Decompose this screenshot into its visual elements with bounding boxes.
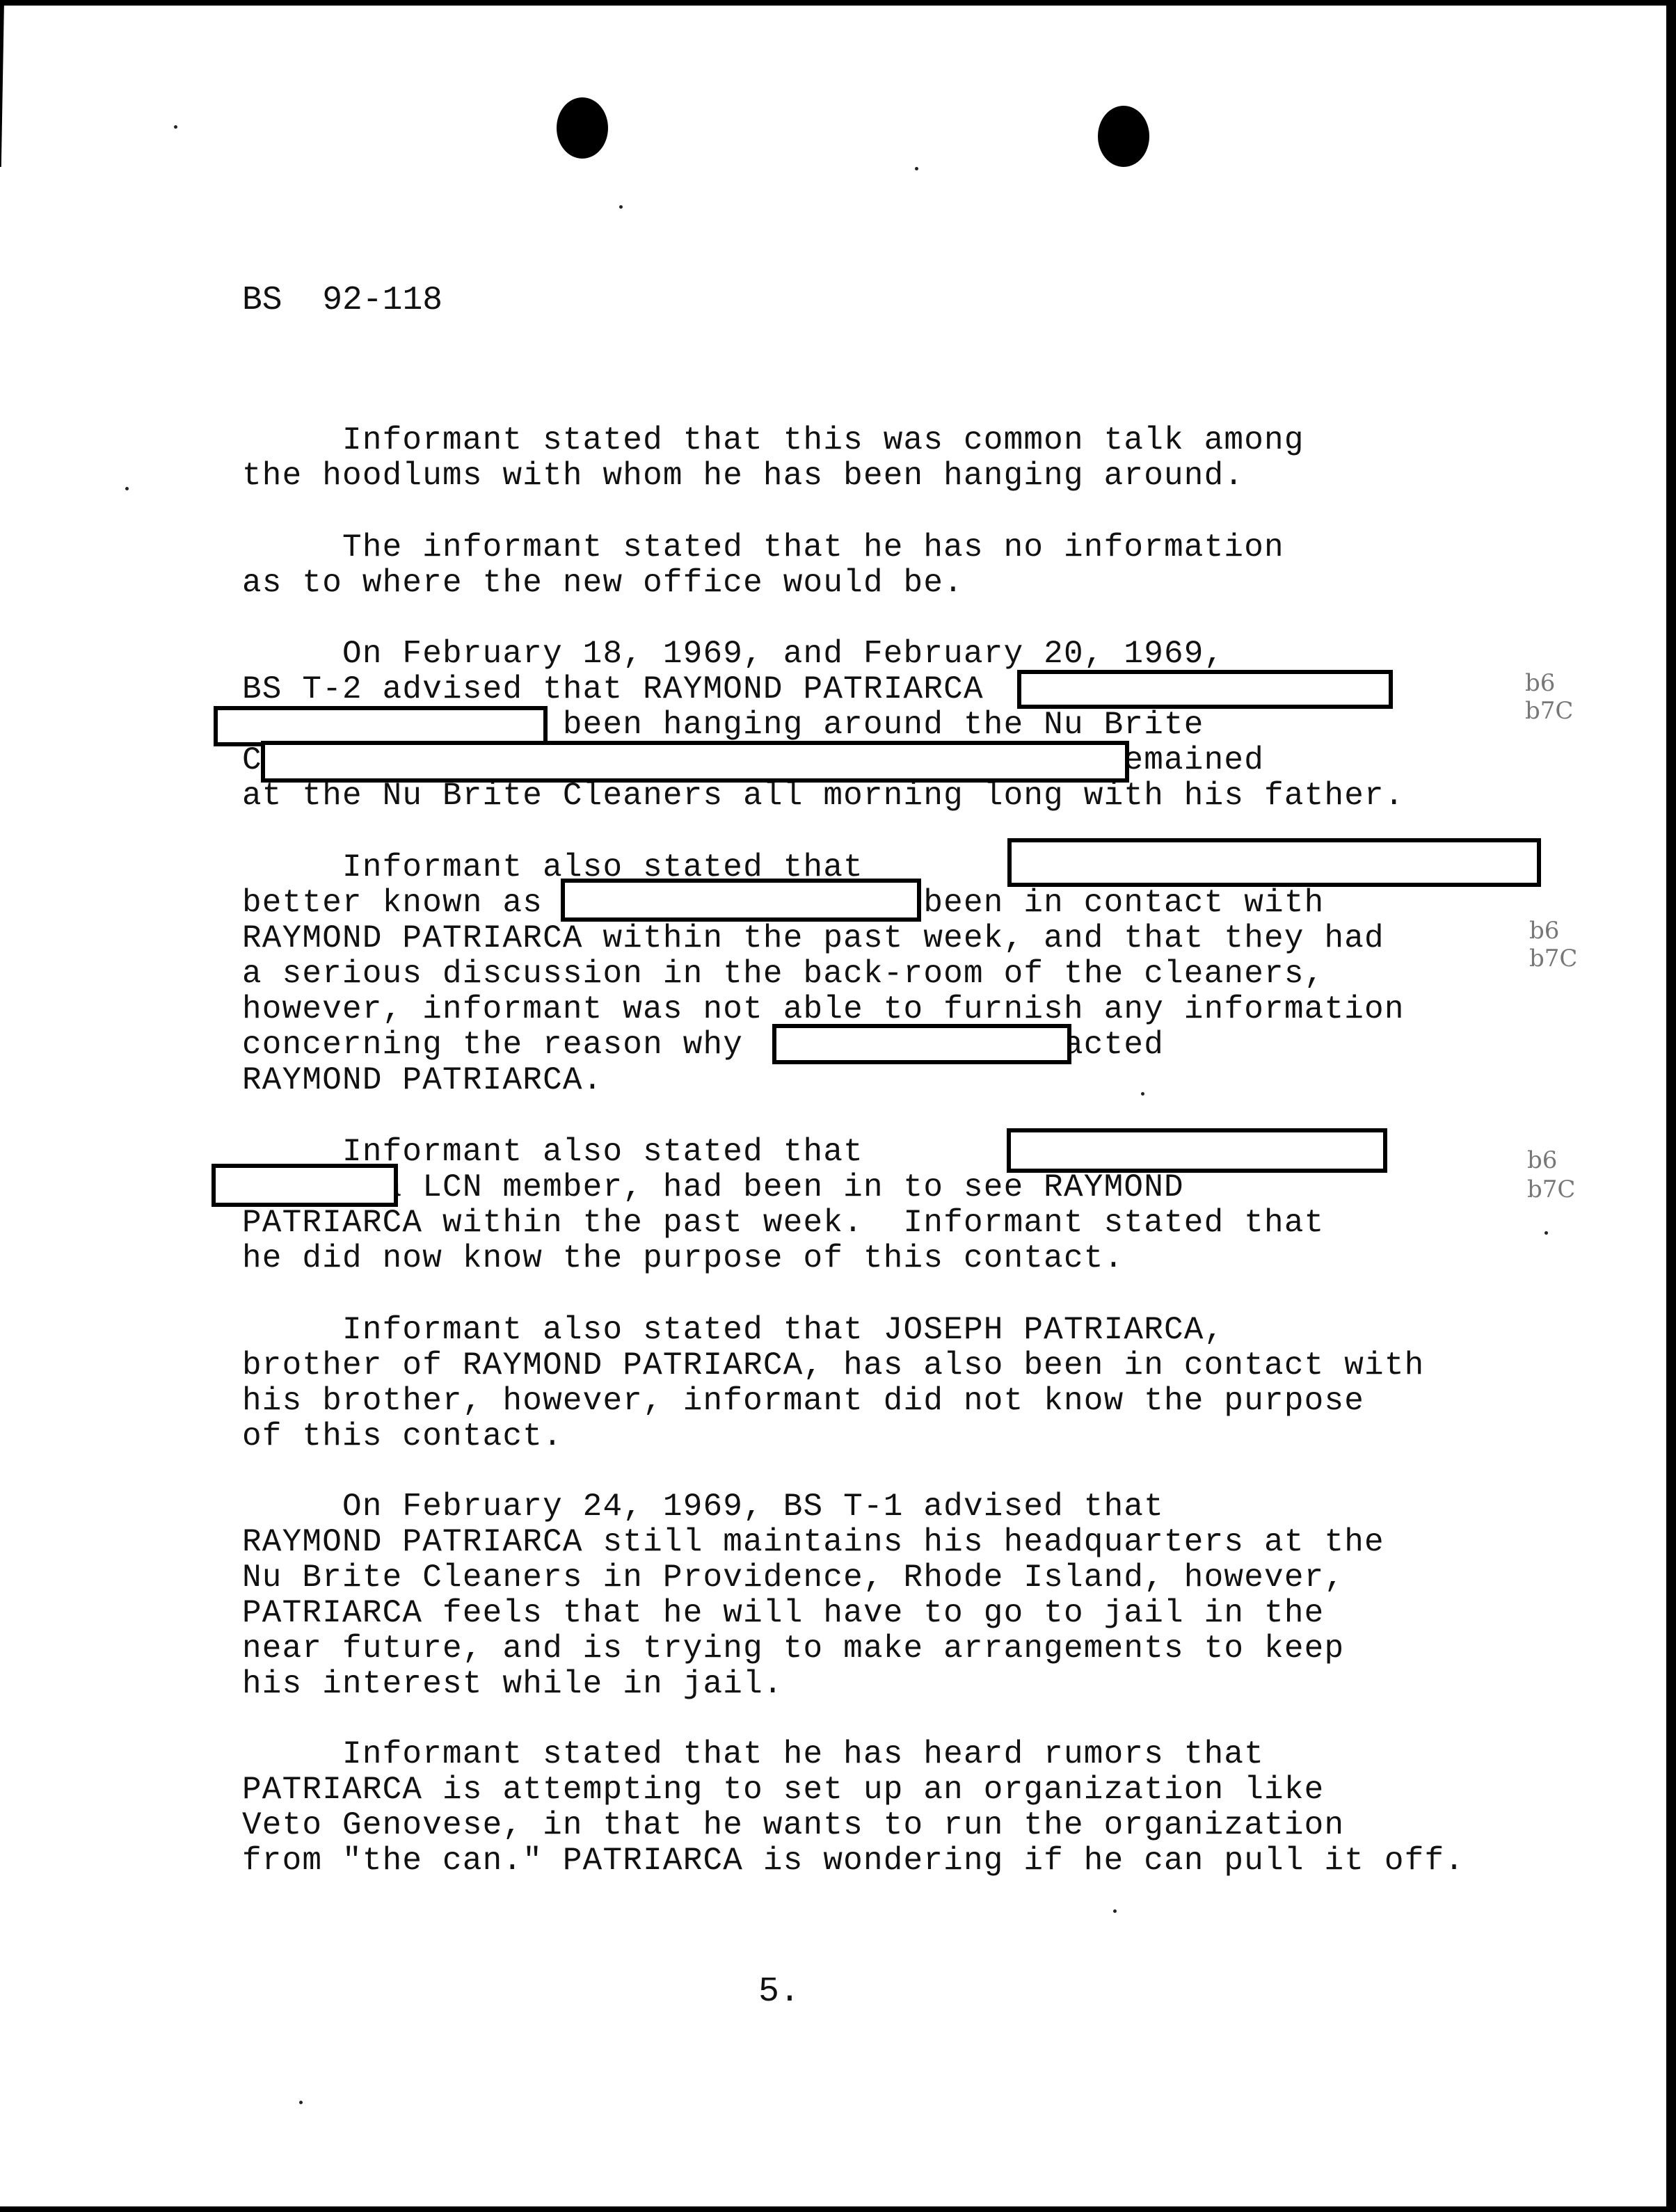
- paragraph-3-line-5: at the Nu Brite Cleaners all morning lon…: [242, 778, 1405, 814]
- paragraph-2-line-2: as to where the new office would be.: [242, 566, 964, 601]
- paragraph-8-line-3: Veto Genovese, in that he wants to run t…: [242, 1808, 1344, 1843]
- exemption-b7c: b7C: [1527, 1176, 1575, 1203]
- paragraph-1-line-2: the hoodlums with whom he has been hangi…: [242, 458, 1244, 494]
- redaction-box: [261, 741, 1129, 783]
- paragraph-7-line-3: Nu Brite Cleaners in Providence, Rhode I…: [242, 1560, 1344, 1596]
- paragraph-5-line-3: PATRIARCA within the past week. Informan…: [242, 1205, 1324, 1241]
- redaction-box: [212, 1164, 398, 1207]
- redaction-box: [772, 1024, 1071, 1064]
- paragraph-4-line-3: RAYMOND PATRIARCA within the past week, …: [242, 921, 1384, 956]
- paragraph-8-line-2: PATRIARCA is attempting to set up an org…: [242, 1772, 1324, 1808]
- paragraph-7-line-2: RAYMOND PATRIARCA still maintains his he…: [242, 1525, 1384, 1560]
- paragraph-7-line-5: near future, and is trying to make arran…: [242, 1631, 1344, 1667]
- document-page: BS 92-118 Informant stated that this was…: [0, 0, 1676, 2212]
- paragraph-1-line-1: Informant stated that this was common ta…: [242, 423, 1304, 458]
- paragraph-4-line-7: RAYMOND PATRIARCA.: [242, 1063, 602, 1098]
- scan-border-left: [0, 0, 4, 167]
- scan-speck: [1113, 1909, 1117, 1913]
- paragraph-6-line-1: Informant also stated that JOSEPH PATRIA…: [242, 1313, 1224, 1348]
- scan-border-top: [0, 0, 1676, 6]
- redaction-box: [561, 879, 921, 922]
- scan-border-right: [1666, 0, 1676, 2212]
- scan-speck: [299, 2101, 303, 2104]
- paragraph-8-line-1: Informant stated that he has heard rumor…: [242, 1737, 1264, 1772]
- exemption-b7c: b7C: [1525, 697, 1573, 725]
- paragraph-5-line-4: he did now know the purpose of this cont…: [242, 1241, 1124, 1276]
- scan-border-bottom: [0, 2206, 1676, 2212]
- exemption-b6: b6: [1529, 917, 1559, 945]
- scan-speck: [125, 487, 129, 490]
- paragraph-7-line-4: PATRIARCA feels that he will have to go …: [242, 1596, 1324, 1631]
- exemption-b7c: b7C: [1529, 945, 1577, 972]
- paragraph-8-line-4: from "the can." PATRIARCA is wondering i…: [242, 1843, 1464, 1879]
- redaction-box: [1007, 838, 1541, 887]
- scan-speck: [1545, 1231, 1548, 1235]
- scan-speck: [174, 125, 177, 129]
- paragraph-3-line-2: BS T-2 advised that RAYMOND PATRIARCA: [242, 672, 984, 707]
- page-number: 5.: [758, 1972, 800, 2012]
- paragraph-6-line-3: his brother, however, informant did not …: [242, 1384, 1364, 1419]
- paragraph-2-line-1: The informant stated that he has no info…: [242, 530, 1284, 566]
- paragraph-7-line-6: his interest while in jail.: [242, 1667, 783, 1702]
- paragraph-6-line-2: brother of RAYMOND PATRIARCA, has also b…: [242, 1348, 1424, 1384]
- redaction-box: [1007, 1128, 1387, 1173]
- scan-speck: [619, 205, 623, 209]
- paragraph-6-line-4: of this contact.: [242, 1419, 563, 1454]
- file-number: BS 92-118: [242, 282, 442, 319]
- paragraph-3-line-1: On February 18, 1969, and February 20, 1…: [242, 636, 1224, 672]
- paragraph-7-line-1: On February 24, 1969, BS T-1 advised tha…: [242, 1489, 1164, 1525]
- exemption-b6: b6: [1525, 669, 1555, 697]
- paragraph-4-line-5: however, informant was not able to furni…: [242, 992, 1405, 1027]
- redaction-box: [1017, 670, 1393, 709]
- scan-speck: [1141, 1092, 1144, 1096]
- exemption-b6: b6: [1527, 1146, 1557, 1174]
- scan-speck: [915, 167, 918, 170]
- paragraph-4-line-4: a serious discussion in the back-room of…: [242, 956, 1324, 992]
- punch-hole-left: [557, 97, 608, 159]
- punch-hole-right: [1098, 106, 1149, 167]
